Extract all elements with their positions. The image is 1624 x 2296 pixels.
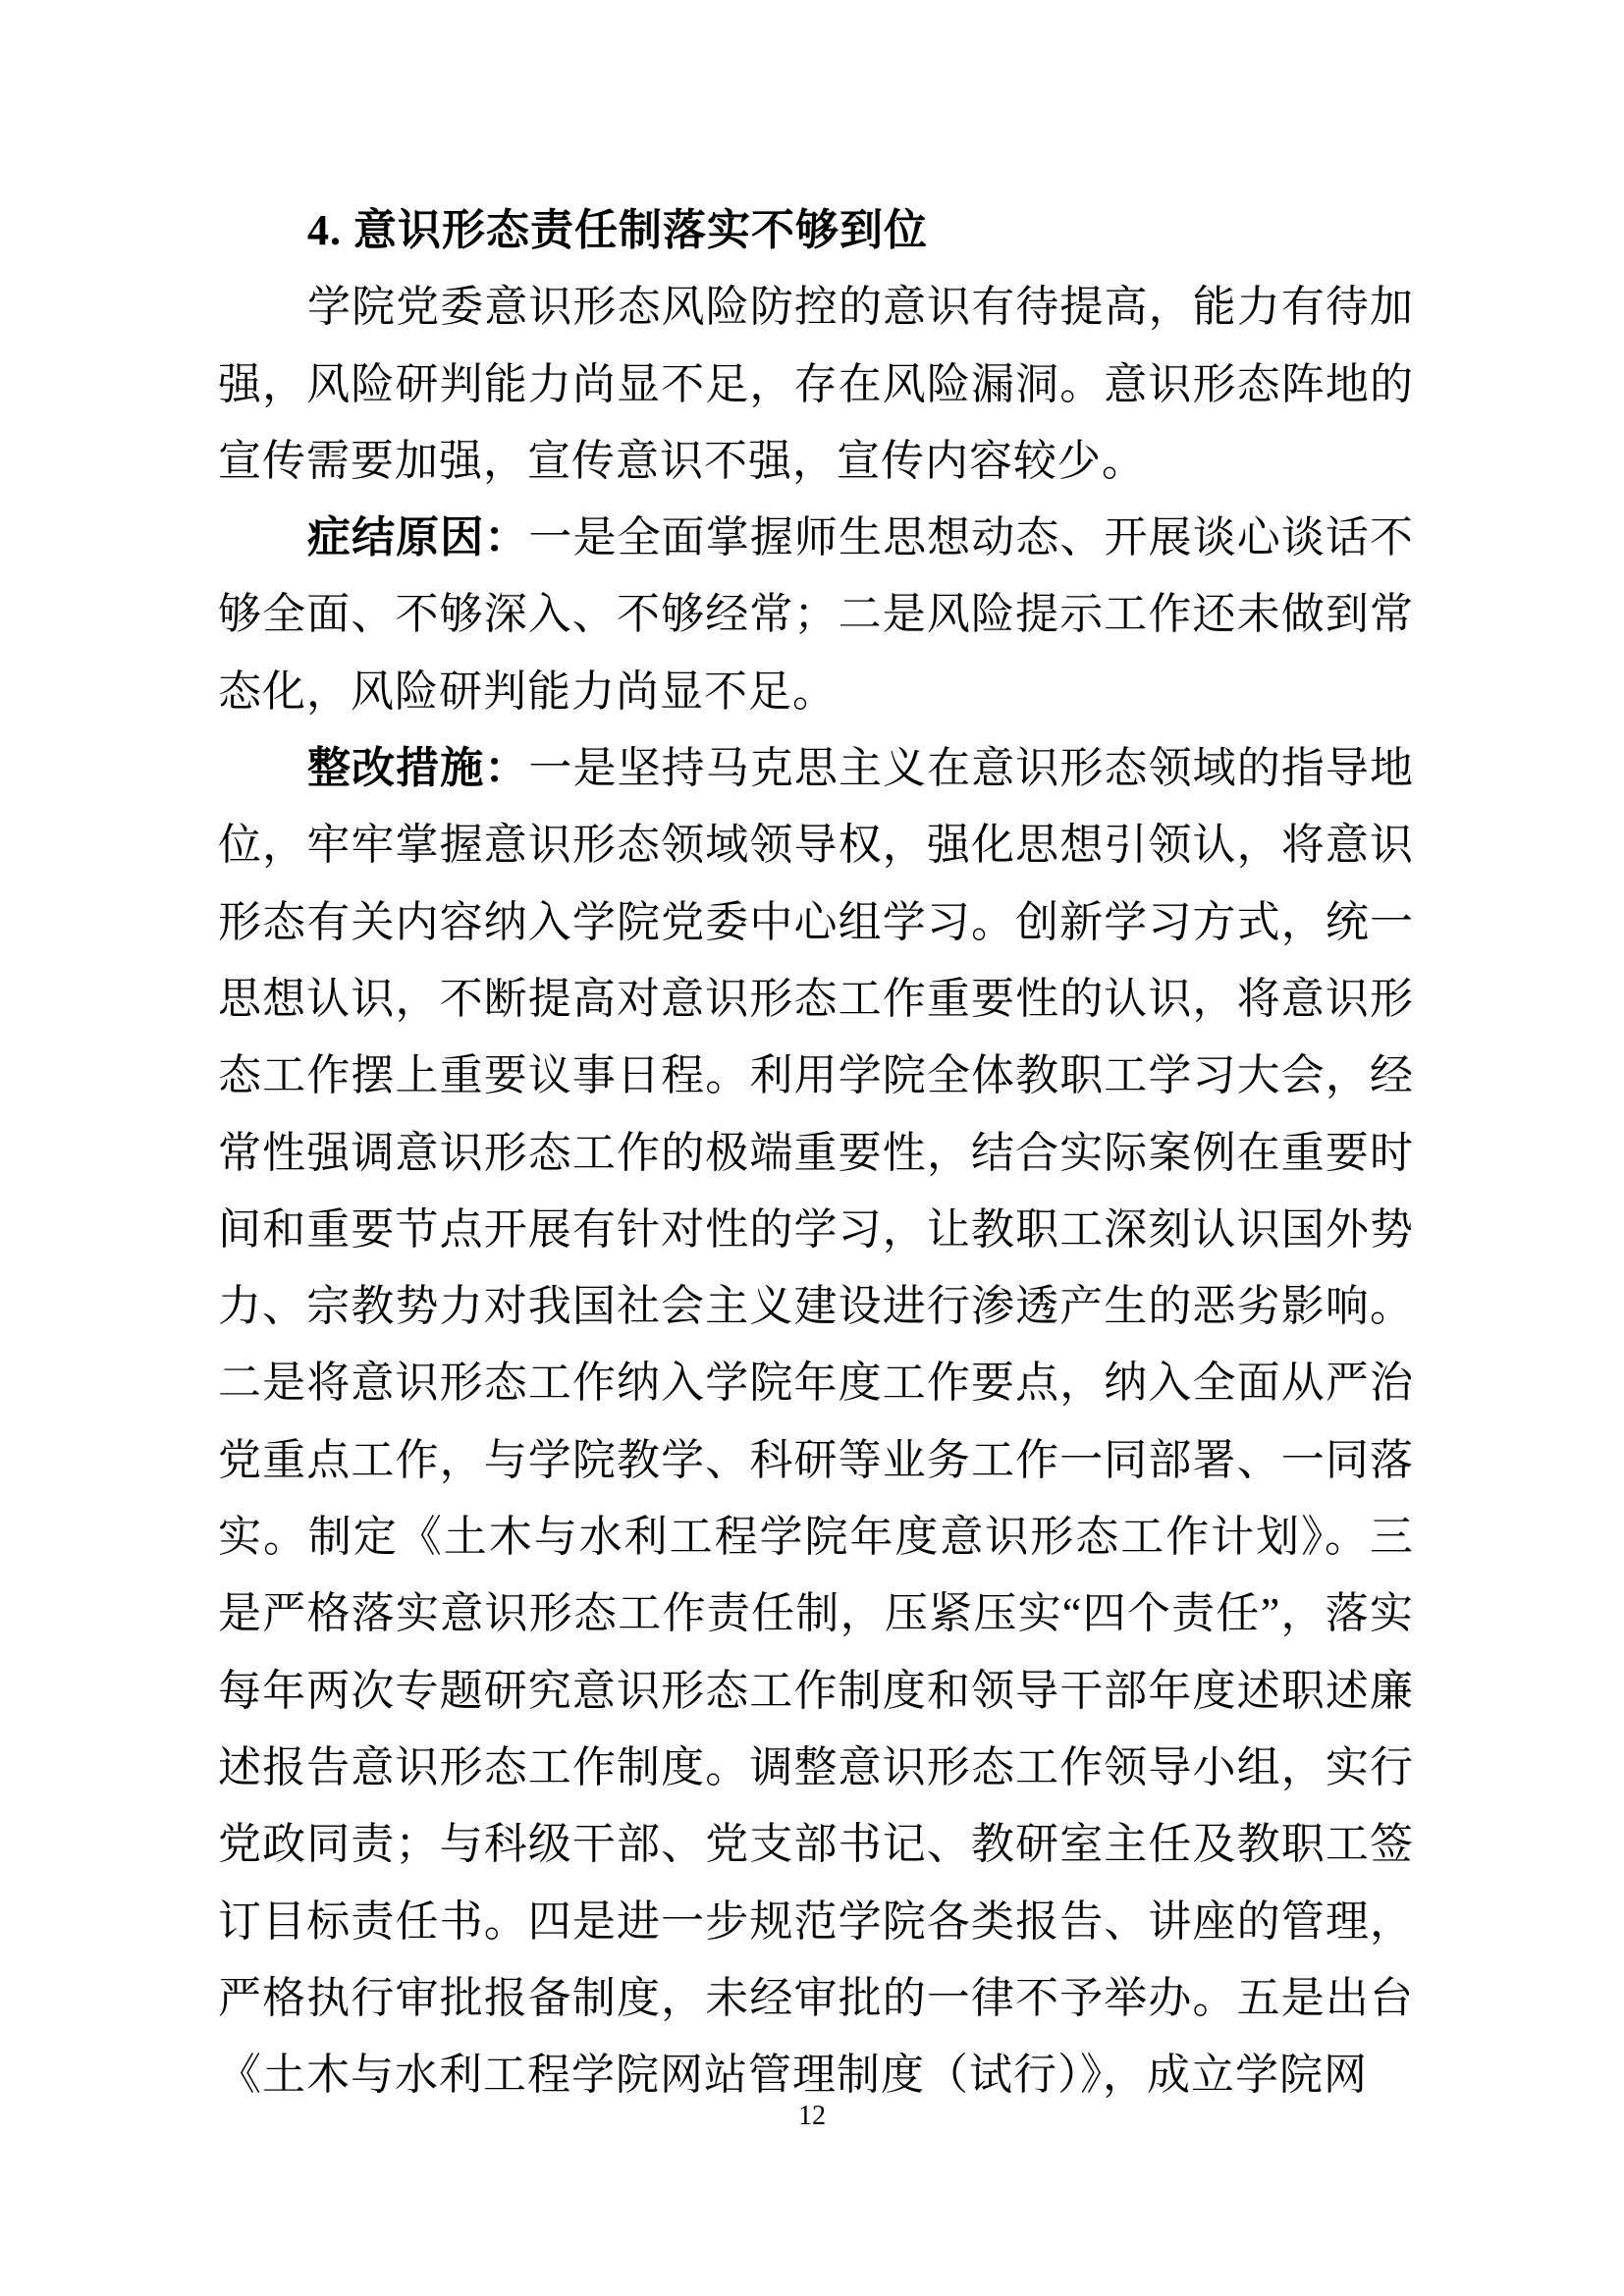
paragraph-problem-description: 学院党委意识形态风险防控的意识有待提高，能力有待加强，风险研判能力尚显不足，存在…	[218, 269, 1414, 500]
section-heading: 4. 意识形态责任制落实不够到位	[218, 192, 1414, 269]
paragraph-root-causes: 症结原因：一是全面掌握师生思想动态、开展谈心谈话不够全面、不够深入、不够经常；二…	[218, 500, 1414, 730]
paragraph-problem-text: 学院党委意识形态风险防控的意识有待提高，能力有待加强，风险研判能力尚显不足，存在…	[218, 283, 1414, 485]
paragraph-rectification-measures: 整改措施：一是坚持马克思主义在意识形态领域的指导地位，牢牢掌握意识形态领域领导权…	[218, 730, 1414, 2107]
rectification-measures-label: 整改措施：	[307, 744, 528, 792]
document-page: 4. 意识形态责任制落实不够到位 学院党委意识形态风险防控的意识有待提高，能力有…	[0, 0, 1624, 2296]
document-body: 4. 意识形态责任制落实不够到位 学院党委意识形态风险防控的意识有待提高，能力有…	[218, 192, 1414, 2107]
page-number: 12	[0, 2103, 1624, 2130]
root-causes-label: 症结原因：	[307, 513, 528, 561]
rectification-measures-text: 一是坚持马克思主义在意识形态领域的指导地位，牢牢掌握意识形态领域领导权，强化思想…	[218, 744, 1414, 2099]
